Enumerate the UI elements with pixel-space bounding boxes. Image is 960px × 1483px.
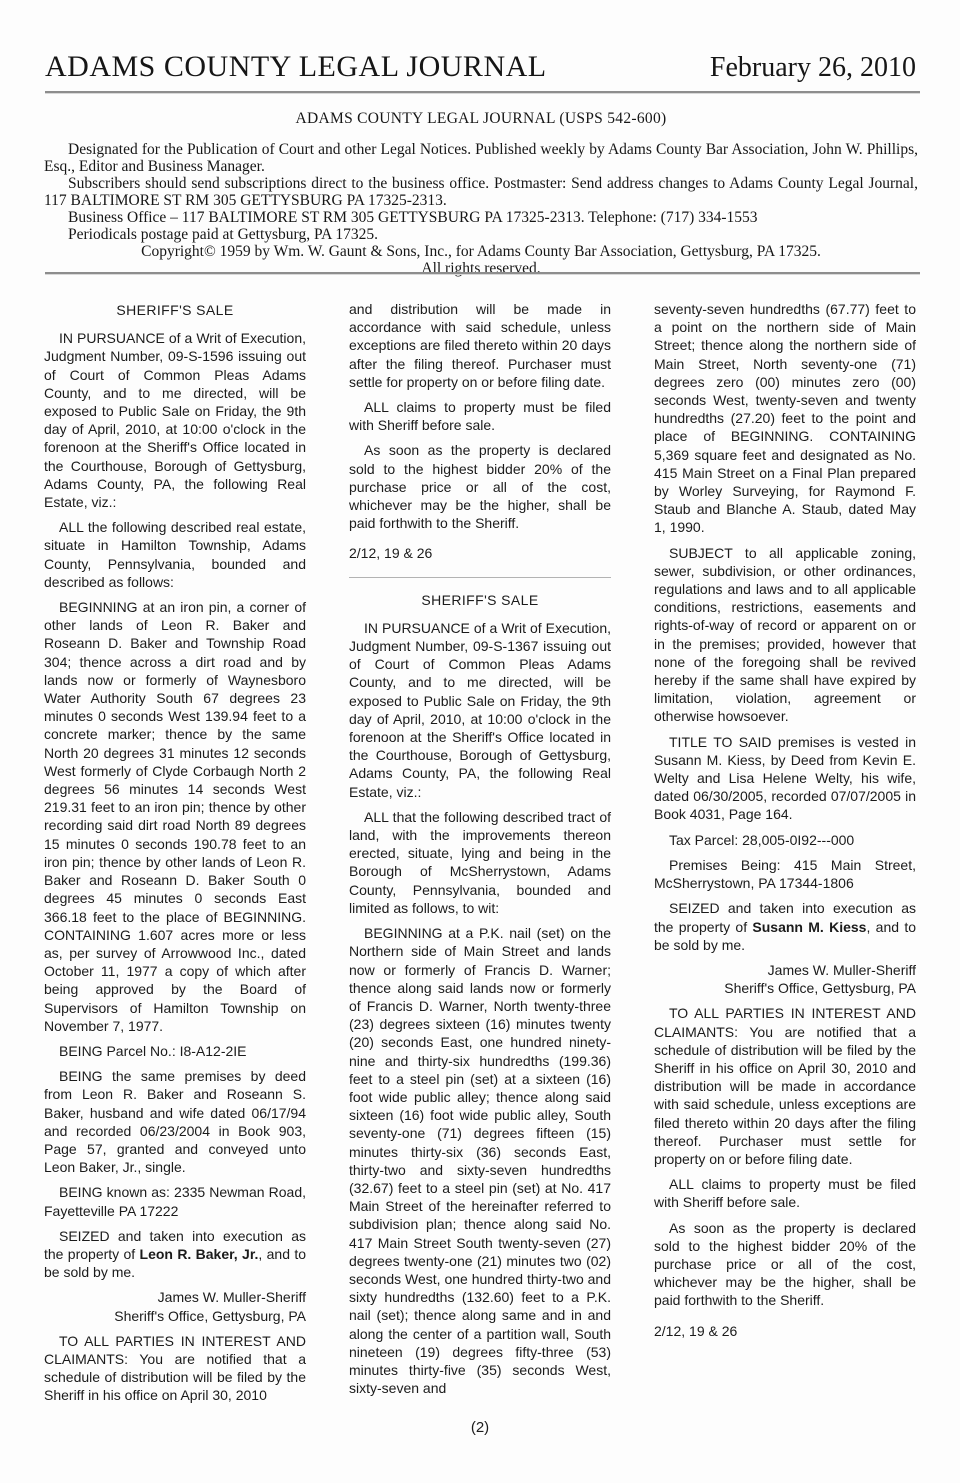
issue-date: February 26, 2010 <box>710 52 916 84</box>
notice-divider <box>349 577 611 578</box>
notice-paragraph: IN PURSUANCE of a Writ of Execution, Jud… <box>349 619 611 801</box>
notice-paragraph: seventy-seven hundredths (67.77) feet to… <box>654 300 916 537</box>
signature-line: Sheriff's Office, Gettysburg, PA <box>114 1308 306 1324</box>
notice-columns: SHERIFF'S SALEIN PURSUANCE of a Writ of … <box>44 300 916 1425</box>
notice-paragraph: ALL claims to property must be filed wit… <box>654 1175 916 1211</box>
signature-line: James W. Muller-Sheriff <box>158 1289 306 1305</box>
journal-title: ADAMS COUNTY LEGAL JOURNAL <box>45 50 547 84</box>
page-number: (2) <box>0 1419 960 1436</box>
column-2: and distribution will be made in accorda… <box>349 300 611 1425</box>
signature-line: James W. Muller-Sheriff <box>768 962 916 978</box>
masthead-paragraph: Subscribers should send subscriptions di… <box>44 175 918 209</box>
masthead-title: ADAMS COUNTY LEGAL JOURNAL (USPS 542-600… <box>44 110 918 127</box>
notice-paragraph: and distribution will be made in accorda… <box>349 300 611 391</box>
notice-paragraph: BEING the same premises by deed from Leo… <box>44 1067 306 1176</box>
header-rule <box>45 91 920 94</box>
signature-line: Sheriff's Office, Gettysburg, PA <box>724 980 916 996</box>
masthead-rule <box>45 272 920 275</box>
notice-paragraph: TITLE TO SAID premises is vested in Susa… <box>654 733 916 824</box>
signature-block: James W. Muller-SheriffSheriff's Office,… <box>654 961 916 997</box>
page-root: { "colors": { "background": "#fdfdfd", "… <box>0 0 960 1483</box>
notice-paragraph: BEGINNING at an iron pin, a corner of ot… <box>44 598 306 1035</box>
notice-paragraph: TO ALL PARTIES IN INTEREST AND CLAIMANTS… <box>44 1332 306 1405</box>
notice-paragraph: ALL claims to property must be filed wit… <box>349 398 611 434</box>
publication-dates: 2/12, 19 & 26 <box>654 1322 916 1340</box>
masthead-copyright: Copyright© 1959 by Wm. W. Gaunt & Sons, … <box>44 243 918 260</box>
notice-paragraph: TO ALL PARTIES IN INTEREST AND CLAIMANTS… <box>654 1004 916 1168</box>
notice-paragraph: SEIZED and taken into execution as the p… <box>44 1227 306 1282</box>
masthead: ADAMS COUNTY LEGAL JOURNAL (USPS 542-600… <box>44 110 918 277</box>
notice-paragraph: SEIZED and taken into execution as the p… <box>654 899 916 954</box>
notice-paragraph: BEING known as: 2335 Newman Road, Fayett… <box>44 1183 306 1219</box>
notice-paragraph: ALL that the following described tract o… <box>349 808 611 917</box>
signature-block: James W. Muller-SheriffSheriff's Office,… <box>44 1288 306 1324</box>
notice-paragraph: As soon as the property is declared sold… <box>349 441 611 532</box>
masthead-paragraph: Designated for the Publication of Court … <box>44 141 918 175</box>
masthead-business-office: Business Office – 117 BALTIMORE ST RM 30… <box>44 209 918 226</box>
notice-paragraph: IN PURSUANCE of a Writ of Execution, Jud… <box>44 329 306 511</box>
notice-paragraph: BEING Parcel No.: I8-A12-2IE <box>44 1042 306 1060</box>
notice-paragraph: BEGINNING at a P.K. nail (set) on the No… <box>349 924 611 1397</box>
column-1: SHERIFF'S SALEIN PURSUANCE of a Writ of … <box>44 300 306 1425</box>
defendant-name: Susann M. Kiess <box>752 919 866 935</box>
notice-paragraph: Tax Parcel: 28,005-0I92---000 <box>654 831 916 849</box>
defendant-name: Leon R. Baker, Jr. <box>140 1246 259 1262</box>
notice-heading: SHERIFF'S SALE <box>349 591 611 609</box>
column-3: seventy-seven hundredths (67.77) feet to… <box>654 300 916 1425</box>
notice-paragraph: As soon as the property is declared sold… <box>654 1219 916 1310</box>
notice-heading: SHERIFF'S SALE <box>44 301 306 319</box>
notice-paragraph: ALL the following described real estate,… <box>44 518 306 591</box>
notice-paragraph: SUBJECT to all applicable zoning, sewer,… <box>654 544 916 726</box>
notice-paragraph: Premises Being: 415 Main Street, McSherr… <box>654 856 916 892</box>
masthead-postage: Periodicals postage paid at Gettysburg, … <box>44 226 918 243</box>
journal-header: ADAMS COUNTY LEGAL JOURNAL February 26, … <box>45 50 916 84</box>
publication-dates: 2/12, 19 & 26 <box>349 544 611 562</box>
